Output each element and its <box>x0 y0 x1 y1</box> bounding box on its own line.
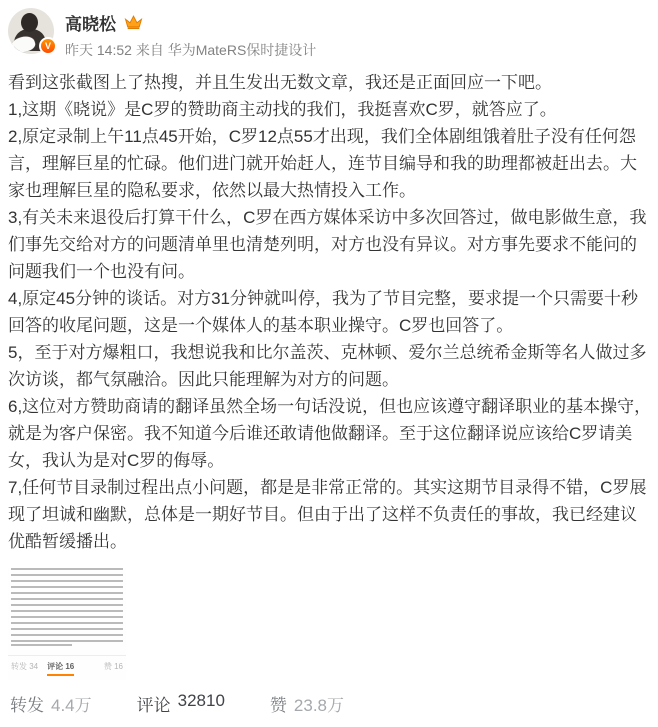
thumbnail-text-lines <box>11 568 123 642</box>
author-row: 高晓松 <box>65 10 316 35</box>
verified-v-icon: V <box>39 37 57 55</box>
thumbnail-stats-bar: 转发 34 评论 16 赞 16 <box>8 656 126 680</box>
paragraph-2: 2,原定录制上午11点45开始，C罗12点55才出现，我们全体剧组饿着肚子没有任… <box>8 123 652 204</box>
timestamp: 昨天 14:52 <box>65 42 132 58</box>
header-text: 高晓松 昨天 14:52 来自 华为MateRS保时捷设计 <box>65 8 316 60</box>
thumbnail-text-last-line <box>11 644 72 646</box>
paragraph-6: 6,这位对方赞助商请的翻译虽然全场一句话没说，但也应该遵守翻译职业的基本操守，就… <box>8 393 652 474</box>
vip-crown-icon <box>124 15 143 30</box>
thumbnail-repost-stat: 转发 34 <box>11 661 38 672</box>
weibo-post: V 高晓松 昨天 14:52 来自 华为MateRS保时捷设计 看到这张截图上了… <box>0 0 658 727</box>
avatar-photo-head <box>21 13 38 32</box>
source-link[interactable]: 华为MateRS保时捷设计 <box>168 42 317 58</box>
comment-button[interactable]: 评论 32810 <box>137 691 225 716</box>
like-label: 赞 <box>270 691 287 716</box>
like-button[interactable]: 赞 23.8万 <box>270 691 344 716</box>
paragraph-7: 7,任何节目录制过程出点小问题，都是是非常正常的。其实这期节目录得不错，C罗展现… <box>8 474 652 555</box>
attachment-thumbnail[interactable]: 转发 34 评论 16 赞 16 <box>8 568 126 680</box>
post-header: V 高晓松 昨天 14:52 来自 华为MateRS保时捷设计 <box>0 0 658 60</box>
post-content: 看到这张截图上了热搜，并且生发出无数文章，我还是正面回应一下吧。 1,这期《晓说… <box>0 60 658 555</box>
paragraph-5: 5，至于对方爆粗口，我想说我和比尔盖茨、克林顿、爱尔兰总统希金斯等名人做过多次访… <box>8 339 652 393</box>
like-count: 23.8万 <box>294 691 344 716</box>
source-prefix: 来自 <box>136 42 164 58</box>
repost-count: 4.4万 <box>51 691 92 716</box>
comment-count: 32810 <box>178 691 225 716</box>
avatar[interactable]: V <box>8 8 54 54</box>
post-meta: 昨天 14:52 来自 华为MateRS保时捷设计 <box>65 40 316 60</box>
repost-button[interactable]: 转发 4.4万 <box>10 691 92 716</box>
thumbnail-like-stat: 赞 16 <box>104 661 123 672</box>
paragraph-4: 4,原定45分钟的谈话。对方31分钟就叫停，我为了节目完整，要求提一个只需要十秒… <box>8 285 652 339</box>
comment-label: 评论 <box>137 691 171 716</box>
paragraph-1: 1,这期《晓说》是C罗的赞助商主动找的我们，我挺喜欢C罗，就答应了。 <box>8 96 652 123</box>
paragraph-3: 3,有关未来退役后打算干什么，C罗在西方媒体采访中多次回答过，做电影做生意，我们… <box>8 204 652 285</box>
screenshot-thumbnail-image: 转发 34 评论 16 赞 16 <box>8 568 126 680</box>
action-bar: 转发 4.4万 评论 32810 赞 23.8万 <box>0 682 658 727</box>
author-name[interactable]: 高晓松 <box>65 10 116 35</box>
paragraph-intro: 看到这张截图上了热搜，并且生发出无数文章，我还是正面回应一下吧。 <box>8 69 652 96</box>
repost-label: 转发 <box>10 691 44 716</box>
thumbnail-comment-stat: 评论 16 <box>47 661 74 676</box>
